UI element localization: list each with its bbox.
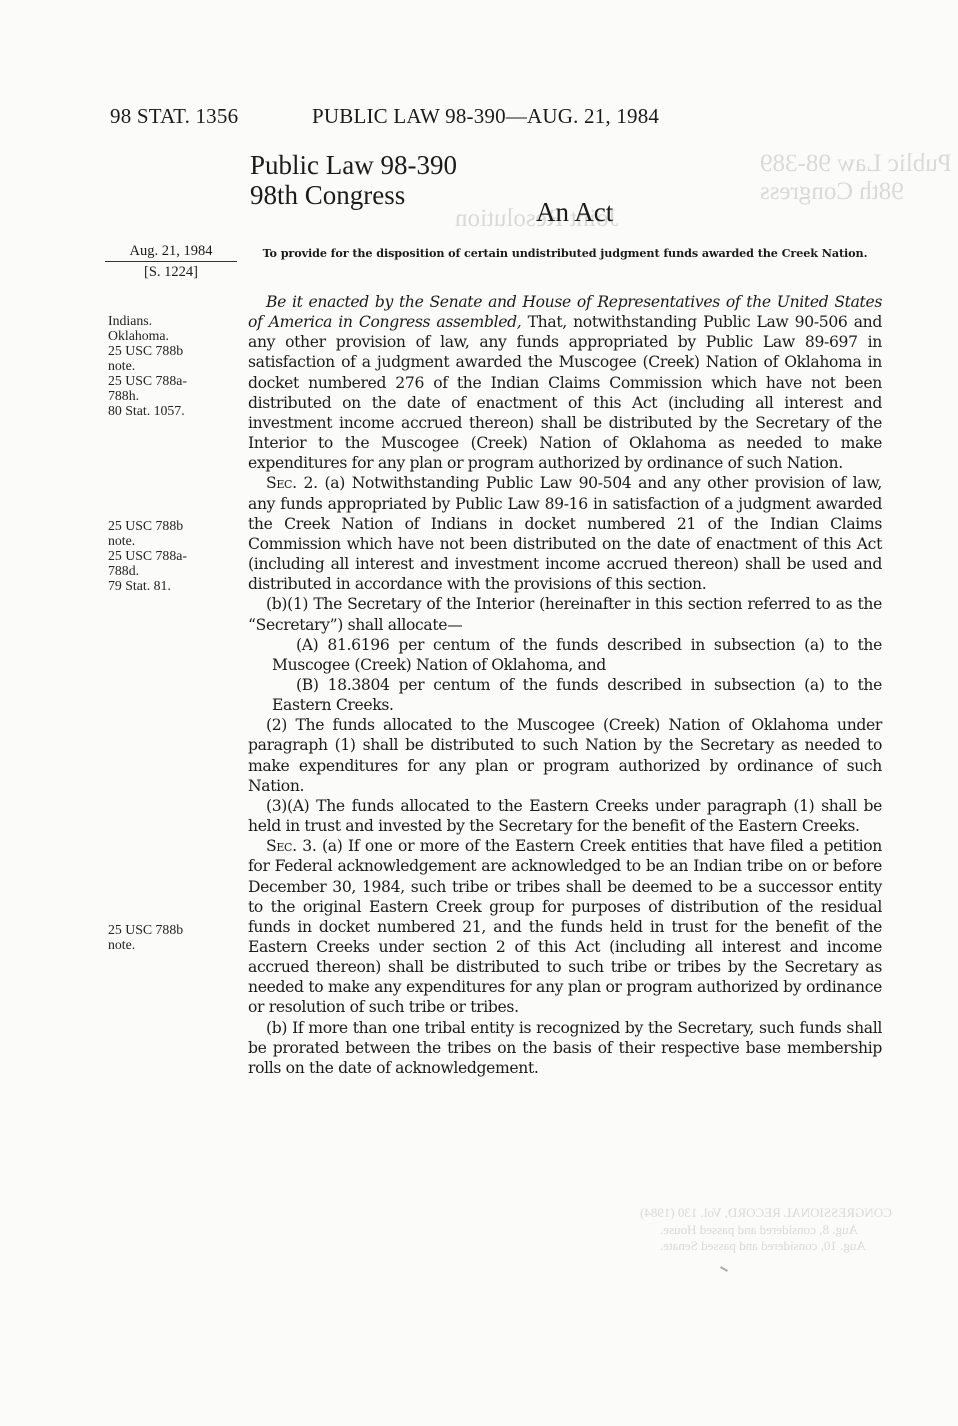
margin-note-sec3: 25 USC 788b note. [108, 922, 238, 952]
section-2-b-2: (2) The funds allocated to the Muscogee … [248, 715, 882, 796]
margin-note-line: note. [108, 937, 238, 952]
statute-body: Be it enacted by the Senate and House of… [248, 292, 882, 1078]
margin-date-block: Aug. 21, 1984 [S. 1224] [105, 243, 237, 281]
public-law-number: Public Law 98-390 [250, 150, 457, 180]
section-2-a-text: (a) Notwithstanding Public Law 90-504 an… [248, 474, 882, 593]
bleed-through-decoration: CONGRESSIONAL RECORD, Vol. 130 (1984) [640, 1205, 892, 1221]
bleed-through-decoration: Aug. 10, considered and passed Senate. [660, 1238, 866, 1254]
section-3-a: Sec. 3. (a) If one or more of the Easter… [248, 836, 882, 1017]
public-law-title: Public Law 98-390 98th Congress [250, 150, 457, 210]
section-1-text: That, notwithstanding Public Law 90-506 … [248, 313, 882, 472]
section-2-a: Sec. 2. (a) Notwithstanding Public Law 9… [248, 473, 882, 594]
margin-note-sec1: Indians. Oklahoma. 25 USC 788b note. 25 … [108, 313, 238, 418]
margin-note-line: Indians. [108, 313, 238, 328]
bleed-through-decoration: Public Law 98-389 [760, 150, 952, 178]
section-2-b-1: (b)(1) The Secretary of the Interior (he… [248, 594, 882, 634]
section-2-b-1-B: (B) 18.3804 per centum of the funds desc… [248, 675, 882, 715]
enactment-date: Aug. 21, 1984 [105, 243, 237, 262]
act-heading: An Act [536, 197, 613, 228]
section-3-b: (b) If more than one tribal entity is re… [248, 1018, 882, 1078]
scan-mark [720, 1266, 728, 1272]
margin-note-line: 25 USC 788a- [108, 548, 238, 563]
bleed-through-decoration: 98th Congress [760, 178, 904, 206]
section-2-label: Sec. 2. [266, 474, 318, 492]
margin-note-sec2: 25 USC 788b note. 25 USC 788a- 788d. 79 … [108, 518, 238, 593]
statute-page: Public Law 98-389 98th Congress Joint Re… [0, 0, 958, 1426]
section-2-b-3-A: (3)(A) The funds allocated to the Easter… [248, 796, 882, 836]
bleed-through-decoration: Aug. 8, considered and passed House. [660, 1222, 858, 1238]
stat-page-number: 98 STAT. 1356 [110, 104, 238, 129]
long-title: To provide for the disposition of certai… [250, 246, 880, 261]
bill-number: [S. 1224] [105, 262, 237, 281]
congress-number: 98th Congress [250, 180, 457, 210]
section-2-b-1-A: (A) 81.6196 per centum of the funds desc… [248, 635, 882, 675]
margin-note-line: 79 Stat. 81. [108, 578, 238, 593]
margin-note-line: Oklahoma. [108, 328, 238, 343]
running-head-law-date: PUBLIC LAW 98-390—AUG. 21, 1984 [312, 104, 659, 129]
margin-note-line: 25 USC 788b [108, 922, 238, 937]
margin-note-line: 788h. [108, 388, 238, 403]
margin-note-line: 80 Stat. 1057. [108, 403, 238, 418]
margin-note-line: 25 USC 788b [108, 518, 238, 533]
margin-note-line: 788d. [108, 563, 238, 578]
section-1: Be it enacted by the Senate and House of… [248, 292, 882, 473]
margin-note-line: note. [108, 358, 238, 373]
margin-note-line: 25 USC 788b [108, 343, 238, 358]
section-3-a-text: (a) If one or more of the Eastern Creek … [248, 837, 882, 1016]
section-3-label: Sec. 3. [266, 837, 316, 855]
margin-note-line: note. [108, 533, 238, 548]
margin-note-line: 25 USC 788a- [108, 373, 238, 388]
